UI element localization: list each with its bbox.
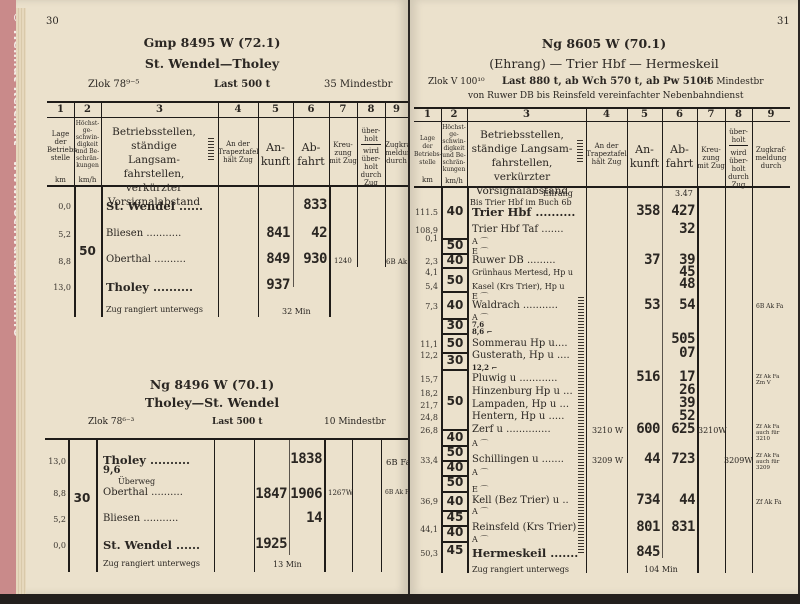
speed-limit: 45 [443,543,467,557]
column-number: 4 [218,104,258,115]
crossing-label: Überweg [118,477,155,486]
station-name: Hinzenburg Hp u ... [472,386,573,397]
departure-time: 48 [662,276,695,292]
service-note: von Ruwer DB bis Reinsfeld vereinfachter… [468,91,743,101]
arrival-time: 801 [627,519,660,535]
header-position: Lage der Betriebs-stelle [47,130,74,162]
column-number: 4 [586,109,627,120]
km-value: 44,1 [412,525,438,534]
train-route: St. Wendel—Tholey [16,56,408,71]
column-number: 7 [697,109,725,120]
speed-limit: 40 [443,460,467,474]
footer-note: Zug rangiert unterwegs [103,559,200,568]
header-km-unit: km [414,176,441,184]
speed-limit: 50 [443,394,467,408]
header-km-unit: km [47,176,74,184]
crossing-train: 1267W [328,489,353,497]
column-number: 8 [725,109,752,120]
km-value: 4,1 [412,268,438,277]
km-value: 15,7 [412,375,438,384]
report-note: 6B Ak Fa [385,489,412,496]
km-value: 26,8 [412,426,438,435]
column-number: 8 [357,104,385,115]
km-value: 11,1 [412,340,438,349]
header-crossing: Kreu-zung mit Zug [329,141,357,165]
page-number: 30 [46,16,59,27]
column-number: 6 [662,109,697,120]
report-note: Zf Ak Fa [756,499,782,506]
column-number: 2 [441,109,467,120]
station-name: Ruwer DB ......... [472,255,556,266]
km-value: 7,3 [412,302,438,311]
speed-limit: 50 [443,475,467,489]
station-name: Bliesen ........... [103,513,178,524]
arrival-time: 53 [627,297,660,313]
km-value: 24,8 [412,413,438,422]
station-name: Lampaden, Hp u ... [472,399,569,410]
crossing-train: 3210W [698,426,727,435]
arrival-time: 849 [258,251,290,267]
km-value: 5,4 [412,282,438,291]
right-page: 31 Ng 8605 W (70.1) (Ehrang) — Trier Hbf… [410,0,798,594]
departure-time: 831 [662,519,695,535]
station-name: Zerf u .............. [472,424,551,435]
report-note: Zf Ak Fa Zm V [756,374,788,386]
departure-time: 1838 [289,451,322,467]
header-overtaken-by: wird über-holt durch Zug [357,147,385,187]
header-trapeze: An der Trapeztafel hält Zug [586,142,627,166]
speed-limit: 50 [443,445,467,459]
brake-label: 46 Mindestbr [702,77,764,87]
header-arrival: An-kunft [627,143,662,171]
crossing-km: 9,6 [103,465,120,476]
column-number: 6 [293,104,329,115]
load-label: Last 880 t, ab Wch 570 t, ab Pw 510 t [502,76,712,87]
overtaken-by-train: 3209W [724,456,753,465]
departure-time: 54 [662,297,695,313]
speed-limit: 50 [443,336,467,350]
arrival-time: 358 [627,203,660,219]
header-overtaken: über-holt [357,127,385,143]
arrival-time: 44 [627,451,660,467]
header-trapeze: An der Trapeztafel hält Zug [218,140,258,164]
left-page: 30 Gmp 8495 W (72.1) St. Wendel—Tholey Z… [16,0,408,594]
header-stations: Betriebsstellen, ständige Langsam-fahrst… [104,125,204,209]
report-note: 6B Ak Fa [756,303,783,310]
station-name: Pluwig u ............ [472,373,557,384]
report-note: Zf Ak Fa auch für 3209 [756,453,788,471]
km-value: 18,2 [412,389,438,398]
header-speed: Höchst-ge-schwin-digkeit und Be-schrän-k… [441,124,467,173]
header-report: Zugkraf-meldung durch [752,146,790,170]
km-value: 50,3 [412,549,438,558]
section-marker: E ⌒ [472,484,488,495]
zlok-label: Zlok V 100¹⁰ [428,77,485,87]
runtime: 13 Min [273,560,302,569]
km-value: 8,8 [47,257,71,266]
column-number: 9 [385,104,408,115]
arrival-time: 734 [627,492,660,508]
column-number: 1 [47,104,74,115]
header-kmh-unit: km/h [74,176,101,184]
arrival-time: 1925 [254,536,287,552]
column-number: 7 [329,104,357,115]
train-title: Ng 8605 W (70.1) [410,36,798,51]
km-value: 5,2 [44,515,66,524]
km-value: 36,9 [412,497,438,506]
header-overtaken-by: wird über-holt durch Zug [725,149,752,189]
header-overtaken: über-holt [725,128,752,144]
station-name: Kasel (Krs Trier), Hp u [472,282,565,291]
header-departure: Ab-fahrt [662,143,697,171]
km-value: 0,0 [44,541,66,550]
runtime: 32 Min [282,307,311,316]
speed-limit: 40 [443,253,467,267]
header-position: Lage der Betriebs-stelle [414,135,441,167]
speed-limit: 40 [443,430,467,444]
zigzag-symbol-icon [577,138,583,164]
km-value: 13,0 [47,283,71,292]
arrival-time: 1847 [254,486,287,502]
station-name: Bliesen ........... [106,228,181,239]
header-report: Zugkraf-meldung durch [385,141,408,165]
header-departure: Ab-fahrt [293,141,329,169]
station-name: Reinsfeld (Krs Trier) [472,522,576,533]
arrival-time: 937 [258,277,290,293]
section-marker: A ⌒ [472,438,488,449]
departure-time: 42 [293,225,327,241]
arrival-time: 516 [627,369,660,385]
speed-limit: 40 [443,494,467,508]
zlok-label: Zlok 78⁶⁻³ [88,417,134,427]
train-route: (Ehrang) — Trier Hbf — Hermeskeil [410,56,798,71]
zigzag-symbol-icon [208,136,214,162]
arrival-time: 845 [627,544,660,560]
speed-limit: 50 [443,273,467,287]
footer-note: Zug rangiert unterwegs [472,565,569,574]
km-value: 111.5 [412,208,438,217]
section-marker: A ⌒ [472,467,488,478]
speed-limit: 30 [68,491,96,505]
origin-ehrang: Ehrang [543,189,573,198]
station-name: Waldrach ........... [472,300,558,311]
section-marker: A ⌒ [472,534,488,545]
departure-time: 32 [662,221,695,237]
page-number: 31 [777,16,790,27]
station-name: St. Wendel ...... [103,538,200,552]
train-title: Ng 8496 W (70.1) [16,377,408,392]
km-value: 5,2 [47,230,71,239]
station-name: Hentern, Hp u ..... [472,411,564,422]
speed-limit: 40 [443,204,467,218]
station-name: Oberthal .......... [103,487,183,498]
crossing-train: 1240 [334,257,352,265]
origin-time: 3.47 [675,189,693,198]
station-name: Sommerau Hp u.... [472,338,568,349]
station-name: Tholey .......... [106,280,193,294]
departure-time: 930 [293,251,327,267]
load-label: Last 500 t [212,417,263,427]
speed-limit: 30 [443,318,467,332]
speed-limit: 45 [443,510,467,524]
brake-label: 35 Mindestbr [324,79,392,90]
zigzag-simplified-service-icon [578,295,584,553]
trapeze-train: 3209 W [592,456,623,465]
runtime: 104 Min [644,565,678,574]
km-value: 13,0 [44,457,66,466]
load-label: Last 500 t [214,79,270,90]
zlok-label: Zlok 78⁹⁻⁵ [88,79,139,90]
header-arrival: An-kunft [258,141,293,169]
header-crossing: Kreu-zung mit Zug [697,146,725,170]
column-number: 5 [627,109,662,120]
station-name: Hermeskeil ....... [472,546,578,560]
speed-limit: 40 [443,525,467,539]
train-title: Gmp 8495 W (72.1) [16,35,408,50]
speed-limit: 50 [74,244,101,258]
departure-time: 14 [289,510,322,526]
brake-label: 10 Mindestbr [324,417,386,427]
header-stations: Betriebsstellen, ständige Langsam-fahrst… [470,128,574,198]
header-kmh-unit: km/h [441,177,467,185]
km-value: 0,0 [47,202,71,211]
section-marker: A ⌒ [472,506,488,517]
departure-time: 723 [662,451,695,467]
station-name: St. Wendel ...... [106,199,203,213]
departure-time: 427 [662,203,695,219]
report-note: 6B Fa [386,458,411,468]
column-number: 9 [752,109,790,120]
page-edges [16,8,26,596]
station-name: Grünhaus Mertesd, Hp u [472,268,573,277]
departure-time: 625 [662,421,695,437]
book-shadow [0,594,800,604]
km-value: 0,1 [412,234,438,243]
column-number: 5 [258,104,293,115]
train-route: Tholey—St. Wendel [16,395,408,410]
arrival-time: 841 [258,225,290,241]
slow-section-km: 12,2 ⌐ [472,363,497,372]
km-value: 33,4 [412,456,438,465]
km-value: 8,8 [44,489,66,498]
departure-time: 07 [662,345,695,361]
station-name: Trier Hbf .......... [472,205,575,219]
footer-note: Zug rangiert unterwegs [106,305,203,314]
speed-limit: 30 [443,353,467,367]
trapeze-train: 3210 W [592,426,623,435]
departure-time: 833 [293,197,327,213]
report-note: Zf Ak Fa auch für 3210 [756,424,788,442]
column-number: 2 [74,104,101,115]
speed-limit: 40 [443,298,467,312]
station-name: Gusterath, Hp u .... [472,350,570,361]
column-number: 3 [101,104,218,115]
column-number: 3 [467,109,586,120]
km-value: 12,2 [412,351,438,360]
station-name: Oberthal .......... [106,254,186,265]
slow-section-km: 8,6 ⌐ [472,327,492,336]
arrival-time: 37 [627,252,660,268]
departure-time: 1906 [289,486,322,502]
header-speed: Höchst-ge-schwin-digkeit und Be-schrän-k… [74,120,101,169]
station-name: Schillingen u ....... [472,454,564,465]
km-value: 21,7 [412,401,438,410]
column-number: 1 [414,109,441,120]
station-name: Kell (Bez Trier) u .. [472,495,569,506]
departure-time: 44 [662,492,695,508]
speed-limit: 50 [443,238,467,252]
station-name: Trier Hbf Taf ....... [472,224,564,235]
arrival-time: 600 [627,421,660,437]
km-value: 2,3 [412,257,438,266]
